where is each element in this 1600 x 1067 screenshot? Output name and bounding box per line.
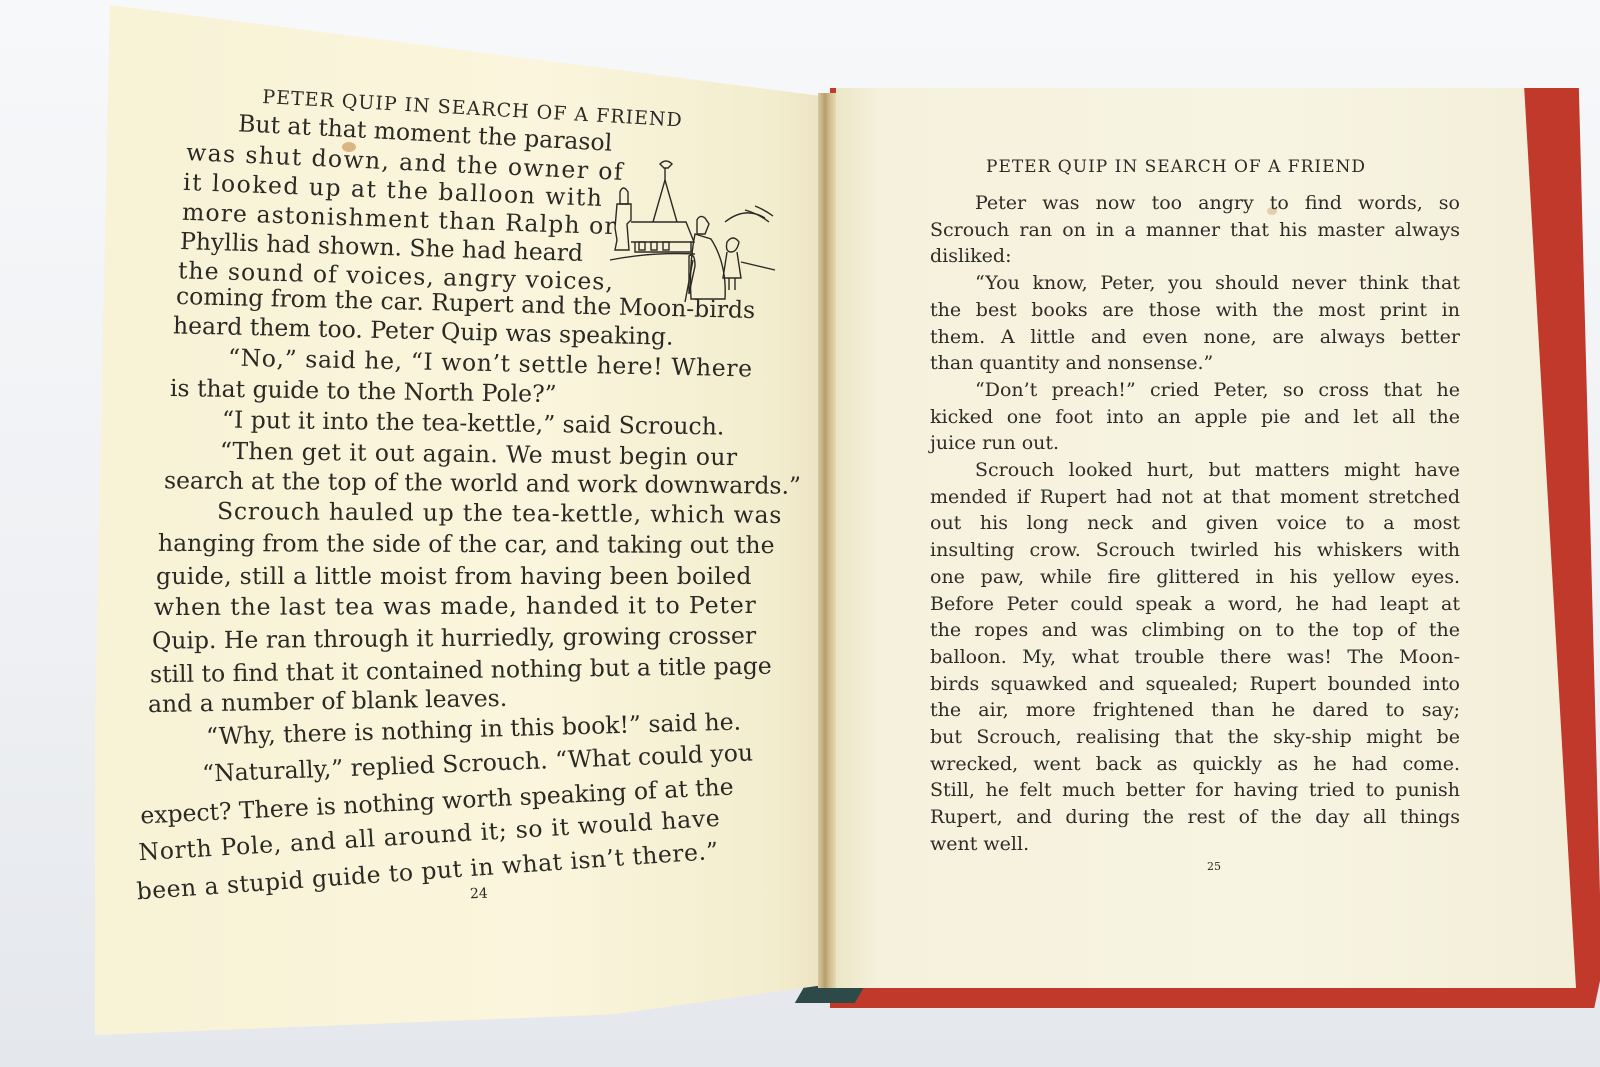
- text-line: Scrouch hauled up the tea-kettle, which …: [217, 496, 782, 530]
- text-line: the air, more frightened than he dared t…: [930, 697, 1460, 724]
- text-line: wrecked, went back as quickly as he had …: [930, 751, 1460, 778]
- text-line: Still, he felt much better for having tr…: [930, 777, 1460, 804]
- text-line: the best books are those with the most p…: [930, 297, 1460, 324]
- right-page-body: Peter was now too angry to find words, s…: [930, 190, 1460, 858]
- paper-stain: [342, 142, 356, 152]
- text-line: kicked one foot into an apple pie and le…: [930, 404, 1460, 431]
- text-line: than quantity and nonsense.”: [930, 350, 1460, 377]
- text-line: one paw, while fire glittered in his yel…: [930, 564, 1460, 591]
- text-line: guide, still a little moist from having …: [156, 561, 752, 592]
- text-line: the ropes and was climbing on to the top…: [930, 617, 1460, 644]
- text-line: when the last tea was made, handed it to…: [154, 590, 757, 623]
- text-line: Before Peter could speak a word, he had …: [930, 591, 1460, 618]
- text-line: juice run out.: [930, 430, 1460, 457]
- text-line: Scrouch looked hurt, but matters might h…: [930, 457, 1460, 484]
- right-running-head: PETER QUIP IN SEARCH OF A FRIEND: [986, 157, 1366, 177]
- text-line: “Don’t preach!” cried Peter, so cross th…: [930, 377, 1460, 404]
- text-line: Rupert, and during the rest of the day a…: [930, 804, 1460, 831]
- text-line: Scrouch ran on in a manner that his mast…: [930, 217, 1460, 244]
- text-line: Peter was now too angry to find words, s…: [930, 190, 1460, 217]
- text-line: Quip. He ran through it hurriedly, growi…: [152, 620, 756, 656]
- text-line: birds squawked and squealed; Rupert boun…: [930, 671, 1460, 698]
- text-line: them. A little and even none, are always…: [930, 324, 1460, 351]
- text-line: out his long neck and given voice to a m…: [930, 510, 1460, 537]
- text-line: mended if Rupert had not at that moment …: [930, 484, 1460, 511]
- text-line: hanging from the side of the car, and ta…: [158, 528, 775, 561]
- text-line: went well.: [930, 831, 1460, 858]
- book-gutter: [818, 93, 836, 988]
- page-number-right: 25: [1207, 860, 1221, 873]
- church-woman-parasol-child-illustration: [605, 152, 785, 312]
- text-line: disliked:: [930, 243, 1460, 270]
- text-line: “You know, Peter, you should never think…: [930, 270, 1460, 297]
- text-line: insulting crow. Scrouch twirled his whis…: [930, 537, 1460, 564]
- text-line: balloon. My, what trouble there was! The…: [930, 644, 1460, 671]
- text-line: but Scrouch, realising that the sky-ship…: [930, 724, 1460, 751]
- open-book: PETER QUIP IN SEARCH OF A FRIEND PETER Q…: [0, 0, 1600, 1067]
- page-number-left: 24: [470, 886, 488, 903]
